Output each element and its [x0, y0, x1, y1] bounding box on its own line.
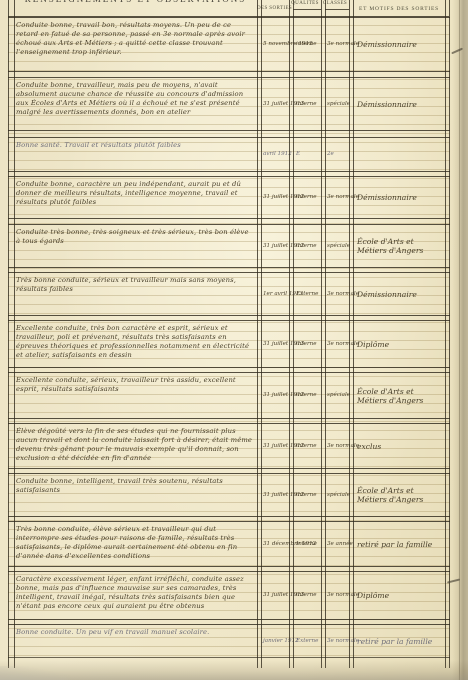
table-row: Excellente conduite, très bon caractère …: [8, 320, 450, 368]
table-row: Très bonne conduite, sérieux et travaill…: [8, 272, 450, 316]
grid-vertical-line: [445, 0, 446, 668]
observations-cell: Bonne conduite. Un peu vif en travail ma…: [14, 625, 257, 657]
motif-cell: retiré par la famille: [349, 625, 445, 657]
observations-cell: Conduite bonne, caractère un peu indépen…: [14, 177, 257, 218]
observations-cell: Excellente conduite, sérieux, travailleu…: [14, 373, 257, 418]
table-row: Bonne santé. Travail et résultats plutôt…: [8, 137, 450, 172]
observations-cell: Excellente conduite, très bon caractère …: [14, 321, 257, 367]
motif-cell: Démissionnaire: [349, 273, 445, 315]
column-header-motifs-sorties: ET MOTIFS DES SORTIES: [353, 6, 445, 12]
table-row: Conduite très bonne, très soigneux et tr…: [8, 224, 450, 268]
register-rows: Conduite bonne, travail bon, résultats m…: [8, 17, 450, 658]
grid-vertical-line: [325, 0, 326, 668]
page-title: RENSEIGNEMENTS ET OBSERVATIONS: [14, 0, 257, 6]
observations-cell: Conduite bonne, intelligent, travail trè…: [14, 474, 257, 516]
grid-vertical-line: [349, 0, 350, 668]
scanned-register-page: RENSEIGNEMENTS ET OBSERVATIONS DES SORTI…: [0, 0, 468, 680]
grid-vertical-line: [293, 0, 294, 668]
grid-vertical-line: [353, 0, 354, 668]
table-row: Bonne conduite. Un peu vif en travail ma…: [8, 624, 450, 658]
table-row: Conduite bonne, caractère un peu indépen…: [8, 176, 450, 219]
grid-vertical-line: [14, 0, 15, 668]
observations-cell: Conduite bonne, travail bon, résultats m…: [14, 18, 257, 71]
table-row: Conduite bonne, intelligent, travail trè…: [8, 473, 450, 517]
table-row: Caractère excessivement léger, enfant ir…: [8, 571, 450, 620]
header-underline-classes: [325, 9, 349, 10]
table-row: Excellente conduite, sérieux, travailleu…: [8, 372, 450, 419]
paper-bottom-edge: [0, 660, 468, 680]
table-row: Très bonne conduite, élève sérieux et tr…: [8, 521, 450, 567]
table-row: Élève dégoûté vers la fin de ses études …: [8, 423, 450, 469]
motif-cell: exclus: [349, 424, 445, 468]
motif-cell: École d'Arts et Métiers d'Angers: [349, 225, 445, 267]
paper-bottom-left-corner: [0, 666, 70, 680]
grid-vertical-line: [321, 0, 322, 668]
motif-cell: Diplôme: [349, 572, 445, 619]
grid-vertical-line: [289, 0, 290, 668]
motif-cell: École d'Arts et Métiers d'Angers: [349, 373, 445, 418]
grid-vertical-line: [261, 0, 262, 668]
grid-vertical-line: [8, 0, 9, 668]
grid-vertical-line: [449, 0, 450, 668]
observations-cell: Très bonne conduite, sérieux et travaill…: [14, 273, 257, 315]
header-underline-qualites: [293, 9, 321, 10]
motif-cell: Démissionnaire: [349, 18, 445, 71]
motif-cell: retiré par la famille: [349, 522, 445, 566]
observations-cell: Bonne santé. Travail et résultats plutôt…: [14, 138, 257, 171]
observations-cell: Très bonne conduite, élève sérieux et tr…: [14, 522, 257, 566]
table-row: Conduite bonne, travailleur, mais peu de…: [8, 77, 450, 131]
observations-cell: Caractère excessivement léger, enfant ir…: [14, 572, 257, 619]
grid-vertical-line: [257, 0, 258, 668]
observations-cell: Conduite très bonne, très soigneux et tr…: [14, 225, 257, 267]
motif-cell: Démissionnaire: [349, 78, 445, 130]
observations-cell: Élève dégoûté vers la fin de ses études …: [14, 424, 257, 468]
table-row: Conduite bonne, travail bon, résultats m…: [8, 17, 450, 72]
motif-cell: Démissionnaire: [349, 177, 445, 218]
motif-cell: École d'Arts et Métiers d'Angers: [349, 474, 445, 516]
motif-cell: [349, 138, 445, 171]
observations-cell: Conduite bonne, travailleur, mais peu de…: [14, 78, 257, 130]
motif-cell: Diplôme: [349, 321, 445, 367]
paper-right-edge: [452, 0, 468, 680]
